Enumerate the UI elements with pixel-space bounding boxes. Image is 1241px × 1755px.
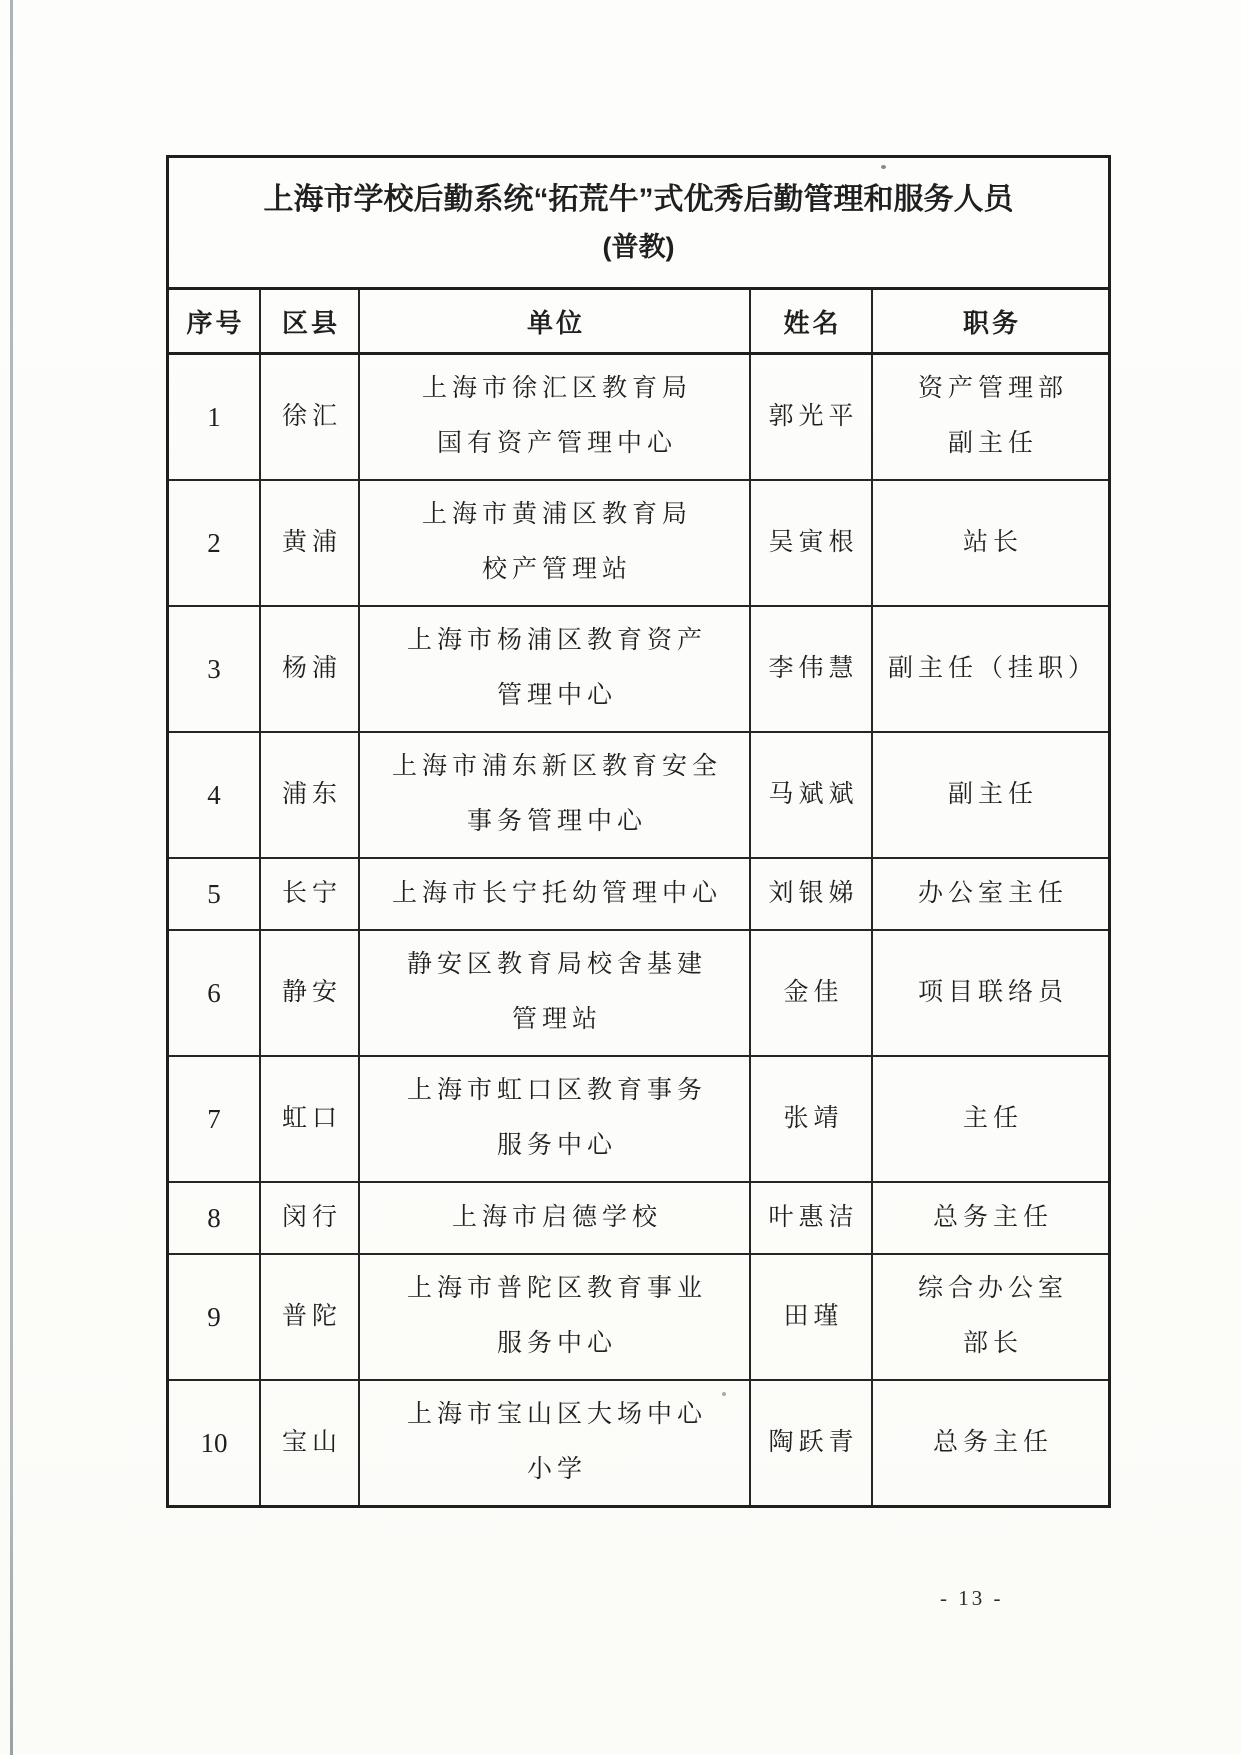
header-cell-2: 区县	[261, 290, 360, 352]
table-row-2: 2黄浦上海市黄浦区教育局校产管理站吴寅根站长	[169, 481, 1108, 607]
position-cell-lines: 资产管理部副主任	[918, 375, 1063, 459]
position-cell-line: 项目联络员	[918, 979, 1068, 1008]
unit-cell-line: 校产管理站	[482, 556, 632, 585]
unit-cell-lines: 上海市启德学校	[452, 1204, 657, 1233]
table-title-block: 上海市学校后勤系统“拓荒牛”式优秀后勤管理和服务人员 (普教)	[169, 158, 1108, 290]
unit-cell: 上海市宝山区大场中心小学	[360, 1381, 751, 1505]
unit-cell-line: 服务中心	[497, 1330, 617, 1359]
unit-cell-line: 小学	[527, 1456, 587, 1485]
name-cell: 金佳	[751, 931, 873, 1055]
unit-cell-line: 管理站	[512, 1006, 602, 1035]
name-cell-lines: 刘银娣	[768, 880, 853, 909]
unit-cell: 上海市徐汇区教育局国有资产管理中心	[360, 355, 751, 479]
position-cell: 总务主任	[873, 1381, 1108, 1505]
row-number-text: 2	[207, 528, 221, 559]
unit-cell-lines: 上海市徐汇区教育局国有资产管理中心	[422, 375, 687, 459]
district-cell-line: 虹口	[282, 1105, 342, 1134]
unit-cell-lines: 静安区教育局校舍基建管理站	[407, 951, 702, 1035]
row-number: 1	[169, 355, 261, 479]
unit-cell-lines: 上海市长宁托幼管理中心	[392, 880, 717, 909]
header-cell-4: 姓名	[751, 290, 873, 352]
unit-cell-line: 管理中心	[497, 682, 617, 711]
position-cell: 副主任	[873, 733, 1108, 857]
name-cell: 田瑾	[751, 1255, 873, 1379]
row-number-text: 7	[207, 1104, 221, 1135]
name-cell-lines: 金佳	[783, 979, 838, 1008]
header-cell-3: 单位	[360, 290, 751, 352]
unit-cell-lines: 上海市宝山区大场中心小学	[407, 1401, 702, 1485]
position-cell-line: 总务主任	[933, 1429, 1053, 1458]
position-cell-line: 综合办公室	[918, 1275, 1068, 1304]
district-cell-line: 静安	[282, 979, 342, 1008]
table-row-7: 7虹口上海市虹口区教育事务服务中心张靖主任	[169, 1057, 1108, 1183]
position-cell-lines: 总务主任	[933, 1429, 1048, 1458]
name-cell: 马斌斌	[751, 733, 873, 857]
document-page: 上海市学校后勤系统“拓荒牛”式优秀后勤管理和服务人员 (普教) 序号区县单位姓名…	[0, 0, 1241, 1755]
name-cell-lines: 叶惠洁	[768, 1204, 853, 1233]
name-cell: 吴寅根	[751, 481, 873, 605]
row-number-text: 9	[207, 1302, 221, 1333]
row-number: 7	[169, 1057, 261, 1181]
table-title: 上海市学校后勤系统“拓荒牛”式优秀后勤管理和服务人员	[264, 185, 1014, 215]
name-cell-lines: 马斌斌	[768, 781, 853, 810]
row-number: 4	[169, 733, 261, 857]
name-cell-line: 刘银娣	[768, 880, 858, 909]
district-cell-line: 浦东	[282, 781, 342, 810]
unit-cell-line: 上海市宝山区大场中心	[407, 1401, 707, 1430]
position-cell-line: 部长	[963, 1330, 1023, 1359]
position-cell-line: 副主任	[948, 430, 1038, 459]
header-label: 区县	[282, 303, 340, 340]
district-cell-lines: 宝山	[282, 1429, 337, 1458]
table-header-row: 序号区县单位姓名职务	[169, 290, 1108, 355]
name-cell-line: 张靖	[783, 1105, 843, 1134]
header-cell-5: 职务	[873, 290, 1108, 352]
district-cell-lines: 普陀	[282, 1303, 337, 1332]
position-cell-lines: 项目联络员	[918, 979, 1063, 1008]
unit-cell: 上海市黄浦区教育局校产管理站	[360, 481, 751, 605]
position-cell-lines: 综合办公室部长	[918, 1275, 1063, 1359]
unit-cell-line: 上海市浦东新区教育安全	[392, 753, 722, 782]
header-label: 序号	[186, 303, 244, 340]
unit-cell-line: 事务管理中心	[467, 808, 647, 837]
district-cell: 静安	[261, 931, 360, 1055]
district-cell-lines: 黄浦	[282, 529, 337, 558]
name-cell: 叶惠洁	[751, 1183, 873, 1253]
position-cell: 站长	[873, 481, 1108, 605]
name-cell-lines: 田瑾	[783, 1303, 838, 1332]
name-cell-line: 郭光平	[768, 403, 858, 432]
award-table: 上海市学校后勤系统“拓荒牛”式优秀后勤管理和服务人员 (普教) 序号区县单位姓名…	[166, 155, 1111, 1508]
header-label: 单位	[527, 303, 585, 340]
unit-cell: 静安区教育局校舍基建管理站	[360, 931, 751, 1055]
name-cell-line: 李伟慧	[768, 655, 858, 684]
name-cell-line: 叶惠洁	[768, 1204, 858, 1233]
name-cell-lines: 吴寅根	[768, 529, 853, 558]
name-cell-line: 田瑾	[783, 1303, 843, 1332]
unit-cell-line: 静安区教育局校舍基建	[407, 951, 707, 980]
district-cell: 虹口	[261, 1057, 360, 1181]
header-label: 职务	[963, 303, 1021, 340]
district-cell-lines: 浦东	[282, 781, 337, 810]
name-cell: 张靖	[751, 1057, 873, 1181]
row-number: 8	[169, 1183, 261, 1253]
unit-cell-lines: 上海市杨浦区教育资产管理中心	[407, 627, 702, 711]
district-cell: 闵行	[261, 1183, 360, 1253]
unit-cell-line: 上海市虹口区教育事务	[407, 1077, 707, 1106]
row-number-text: 5	[207, 879, 221, 910]
page-number: - 13 -	[940, 1586, 1040, 1611]
table-row-9: 9普陀上海市普陀区教育事业服务中心田瑾综合办公室部长	[169, 1255, 1108, 1381]
district-cell-line: 黄浦	[282, 529, 342, 558]
district-cell: 浦东	[261, 733, 360, 857]
row-number-text: 8	[207, 1203, 221, 1234]
row-number-text: 10	[201, 1428, 228, 1459]
position-cell: 综合办公室部长	[873, 1255, 1108, 1379]
row-number: 10	[169, 1381, 261, 1505]
district-cell: 长宁	[261, 859, 360, 929]
position-cell: 主任	[873, 1057, 1108, 1181]
unit-cell-line: 上海市徐汇区教育局	[422, 375, 692, 404]
district-cell: 普陀	[261, 1255, 360, 1379]
row-number: 5	[169, 859, 261, 929]
district-cell-line: 杨浦	[282, 655, 342, 684]
district-cell: 杨浦	[261, 607, 360, 731]
district-cell-lines: 闵行	[282, 1204, 337, 1233]
name-cell-line: 陶跃青	[768, 1429, 858, 1458]
unit-cell-line: 国有资产管理中心	[437, 430, 677, 459]
unit-cell: 上海市普陀区教育事业服务中心	[360, 1255, 751, 1379]
district-cell-line: 宝山	[282, 1429, 342, 1458]
table-row-1: 1徐汇上海市徐汇区教育局国有资产管理中心郭光平资产管理部副主任	[169, 355, 1108, 481]
unit-cell-line: 上海市普陀区教育事业	[407, 1275, 707, 1304]
table-row-3: 3杨浦上海市杨浦区教育资产管理中心李伟慧副主任（挂职）	[169, 607, 1108, 733]
district-cell: 徐汇	[261, 355, 360, 479]
position-cell-lines: 副主任	[948, 781, 1033, 810]
position-cell-lines: 站长	[963, 529, 1018, 558]
position-cell-line: 办公室主任	[918, 880, 1068, 909]
unit-cell: 上海市浦东新区教育安全事务管理中心	[360, 733, 751, 857]
district-cell-lines: 虹口	[282, 1105, 337, 1134]
name-cell: 刘银娣	[751, 859, 873, 929]
unit-cell: 上海市虹口区教育事务服务中心	[360, 1057, 751, 1181]
header-label: 姓名	[783, 303, 841, 340]
unit-cell-lines: 上海市虹口区教育事务服务中心	[407, 1077, 702, 1161]
position-cell-line: 副主任	[948, 781, 1038, 810]
table-row-8: 8闵行上海市启德学校叶惠洁总务主任	[169, 1183, 1108, 1255]
unit-cell-lines: 上海市黄浦区教育局校产管理站	[422, 501, 687, 585]
unit-cell-lines: 上海市普陀区教育事业服务中心	[407, 1275, 702, 1359]
name-cell: 李伟慧	[751, 607, 873, 731]
row-number: 2	[169, 481, 261, 605]
unit-cell-line: 上海市杨浦区教育资产	[407, 627, 707, 656]
unit-cell-lines: 上海市浦东新区教育安全事务管理中心	[392, 753, 717, 837]
district-cell-lines: 长宁	[282, 880, 337, 909]
district-cell-line: 闵行	[282, 1204, 342, 1233]
district-cell-lines: 静安	[282, 979, 337, 1008]
table-row-4: 4浦东上海市浦东新区教育安全事务管理中心马斌斌副主任	[169, 733, 1108, 859]
unit-cell: 上海市杨浦区教育资产管理中心	[360, 607, 751, 731]
name-cell: 郭光平	[751, 355, 873, 479]
district-cell-lines: 杨浦	[282, 655, 337, 684]
table-subtitle: (普教)	[603, 234, 675, 261]
position-cell-line: 站长	[963, 529, 1023, 558]
unit-cell-line: 上海市长宁托幼管理中心	[392, 880, 722, 909]
position-cell: 副主任（挂职）	[873, 607, 1108, 731]
scan-artifact-line	[10, 0, 13, 1755]
district-cell-line: 普陀	[282, 1303, 342, 1332]
position-cell-line: 总务主任	[933, 1204, 1053, 1233]
name-cell-line: 金佳	[783, 979, 843, 1008]
district-cell: 宝山	[261, 1381, 360, 1505]
position-cell-line: 副主任（挂职）	[888, 655, 1098, 684]
name-cell-lines: 陶跃青	[768, 1429, 853, 1458]
name-cell-lines: 李伟慧	[768, 655, 853, 684]
position-cell-line: 资产管理部	[918, 375, 1068, 404]
row-number: 3	[169, 607, 261, 731]
unit-cell-line: 上海市启德学校	[452, 1204, 662, 1233]
name-cell-line: 马斌斌	[768, 781, 858, 810]
table-body: 1徐汇上海市徐汇区教育局国有资产管理中心郭光平资产管理部副主任2黄浦上海市黄浦区…	[169, 355, 1108, 1505]
position-cell-lines: 办公室主任	[918, 880, 1063, 909]
unit-cell: 上海市启德学校	[360, 1183, 751, 1253]
name-cell-line: 吴寅根	[768, 529, 858, 558]
position-cell-lines: 副主任（挂职）	[888, 655, 1093, 684]
name-cell-lines: 郭光平	[768, 403, 853, 432]
row-number: 9	[169, 1255, 261, 1379]
position-cell: 办公室主任	[873, 859, 1108, 929]
table-row-5: 5长宁上海市长宁托幼管理中心刘银娣办公室主任	[169, 859, 1108, 931]
position-cell: 总务主任	[873, 1183, 1108, 1253]
district-cell-line: 长宁	[282, 880, 342, 909]
unit-cell-line: 服务中心	[497, 1132, 617, 1161]
position-cell-lines: 总务主任	[933, 1204, 1048, 1233]
position-cell: 资产管理部副主任	[873, 355, 1108, 479]
position-cell: 项目联络员	[873, 931, 1108, 1055]
unit-cell-line: 上海市黄浦区教育局	[422, 501, 692, 530]
row-number-text: 1	[207, 402, 221, 433]
row-number-text: 3	[207, 654, 221, 685]
row-number-text: 6	[207, 978, 221, 1009]
position-cell-line: 主任	[963, 1105, 1023, 1134]
row-number-text: 4	[207, 780, 221, 811]
unit-cell: 上海市长宁托幼管理中心	[360, 859, 751, 929]
name-cell: 陶跃青	[751, 1381, 873, 1505]
district-cell-line: 徐汇	[282, 403, 342, 432]
position-cell-lines: 主任	[963, 1105, 1018, 1134]
row-number: 6	[169, 931, 261, 1055]
district-cell-lines: 徐汇	[282, 403, 337, 432]
header-cell-1: 序号	[169, 290, 261, 352]
table-row-6: 6静安静安区教育局校舍基建管理站金佳项目联络员	[169, 931, 1108, 1057]
table-row-10: 10宝山上海市宝山区大场中心小学陶跃青总务主任	[169, 1381, 1108, 1505]
name-cell-lines: 张靖	[783, 1105, 838, 1134]
district-cell: 黄浦	[261, 481, 360, 605]
